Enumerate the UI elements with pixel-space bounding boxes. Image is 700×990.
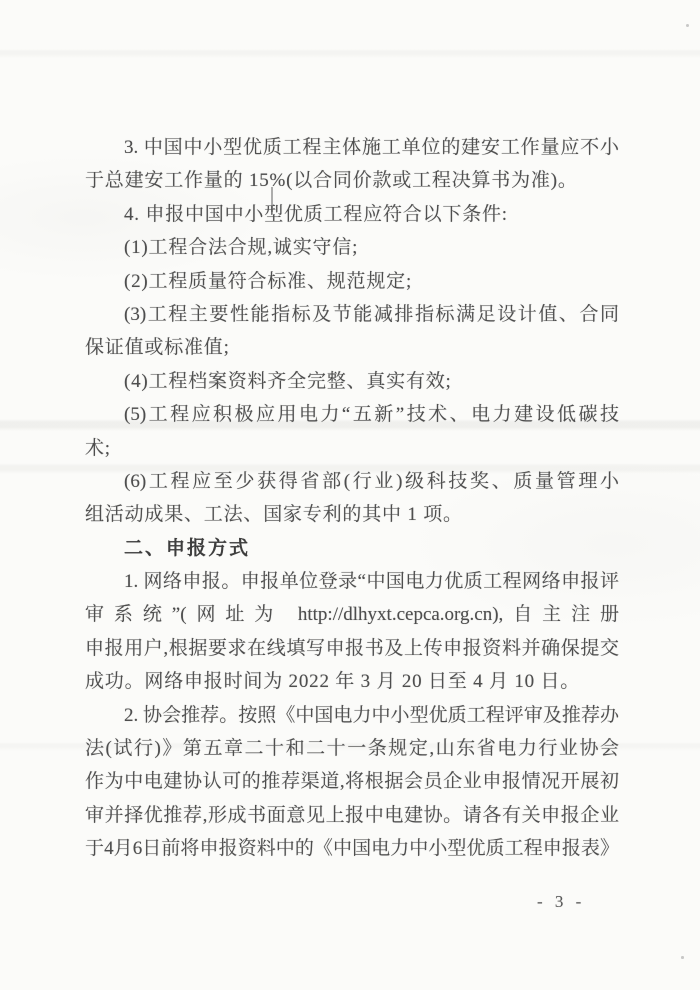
text-line: (2)工程质量符合标准、规范规定; xyxy=(85,265,619,298)
text-line: 审系统”(网址为 http://dlhyxt.cepca.org.cn),自主注… xyxy=(85,598,619,631)
text-line: 3. 中国中小型优质工程主体施工单位的建安工作量应不小 xyxy=(85,131,619,164)
page-number: - 3 - xyxy=(537,892,585,912)
text-line: 于4月6日前将申报资料中的《中国电力中小型优质工程申报表》 xyxy=(85,832,619,865)
scan-speck xyxy=(686,24,689,27)
text-line: (3)工程主要性能指标及节能减排指标满足设计值、合同 xyxy=(85,298,619,331)
scan-speck xyxy=(681,956,684,959)
text-line: 于总建安工作量的 15%(以合同价款或工程决算书为准)。 xyxy=(85,164,619,197)
section-heading: 二、申报方式 xyxy=(85,532,619,565)
text-line: (6)工程应至少获得省部(行业)级科技奖、质量管理小 xyxy=(85,465,619,498)
text-line: 组活动成果、工法、国家专利的其中 1 项。 xyxy=(85,498,619,531)
text-line: (4)工程档案资料齐全完整、真实有效; xyxy=(85,365,619,398)
text-line: 1. 网络申报。申报单位登录“中国电力优质工程网络申报评 xyxy=(85,565,619,598)
document-body: 3. 中国中小型优质工程主体施工单位的建安工作量应不小于总建安工作量的 15%(… xyxy=(85,131,619,866)
text-line: (5)工程应积极应用电力“五新”技术、电力建设低碳技 xyxy=(85,398,619,431)
text-line: 4. 申报中国中小型优质工程应符合以下条件: xyxy=(85,198,619,231)
text-line: 申报用户,根据要求在线填写申报书及上传申报资料并确保提交 xyxy=(85,632,619,665)
text-line: 审并择优推荐,形成书面意见上报中电建协。请各有关申报企业 xyxy=(85,799,619,832)
text-line: (1)工程合法合规,诚实守信; xyxy=(85,231,619,264)
text-line: 术; xyxy=(85,432,619,465)
text-line: 作为中电建协认可的推荐渠道,将根据会员企业申报情况开展初 xyxy=(85,765,619,798)
text-line: 成功。网络申报时间为 2022 年 3 月 20 日至 4 月 10 日。 xyxy=(85,665,619,698)
text-line: 法(试行)》第五章二十和二十一条规定,山东省电力行业协会 xyxy=(85,732,619,765)
document-page: 3. 中国中小型优质工程主体施工单位的建安工作量应不小于总建安工作量的 15%(… xyxy=(0,0,700,990)
text-line: 保证值或标准值; xyxy=(85,331,619,364)
text-line: 2. 协会推荐。按照《中国电力中小型优质工程评审及推荐办 xyxy=(85,699,619,732)
